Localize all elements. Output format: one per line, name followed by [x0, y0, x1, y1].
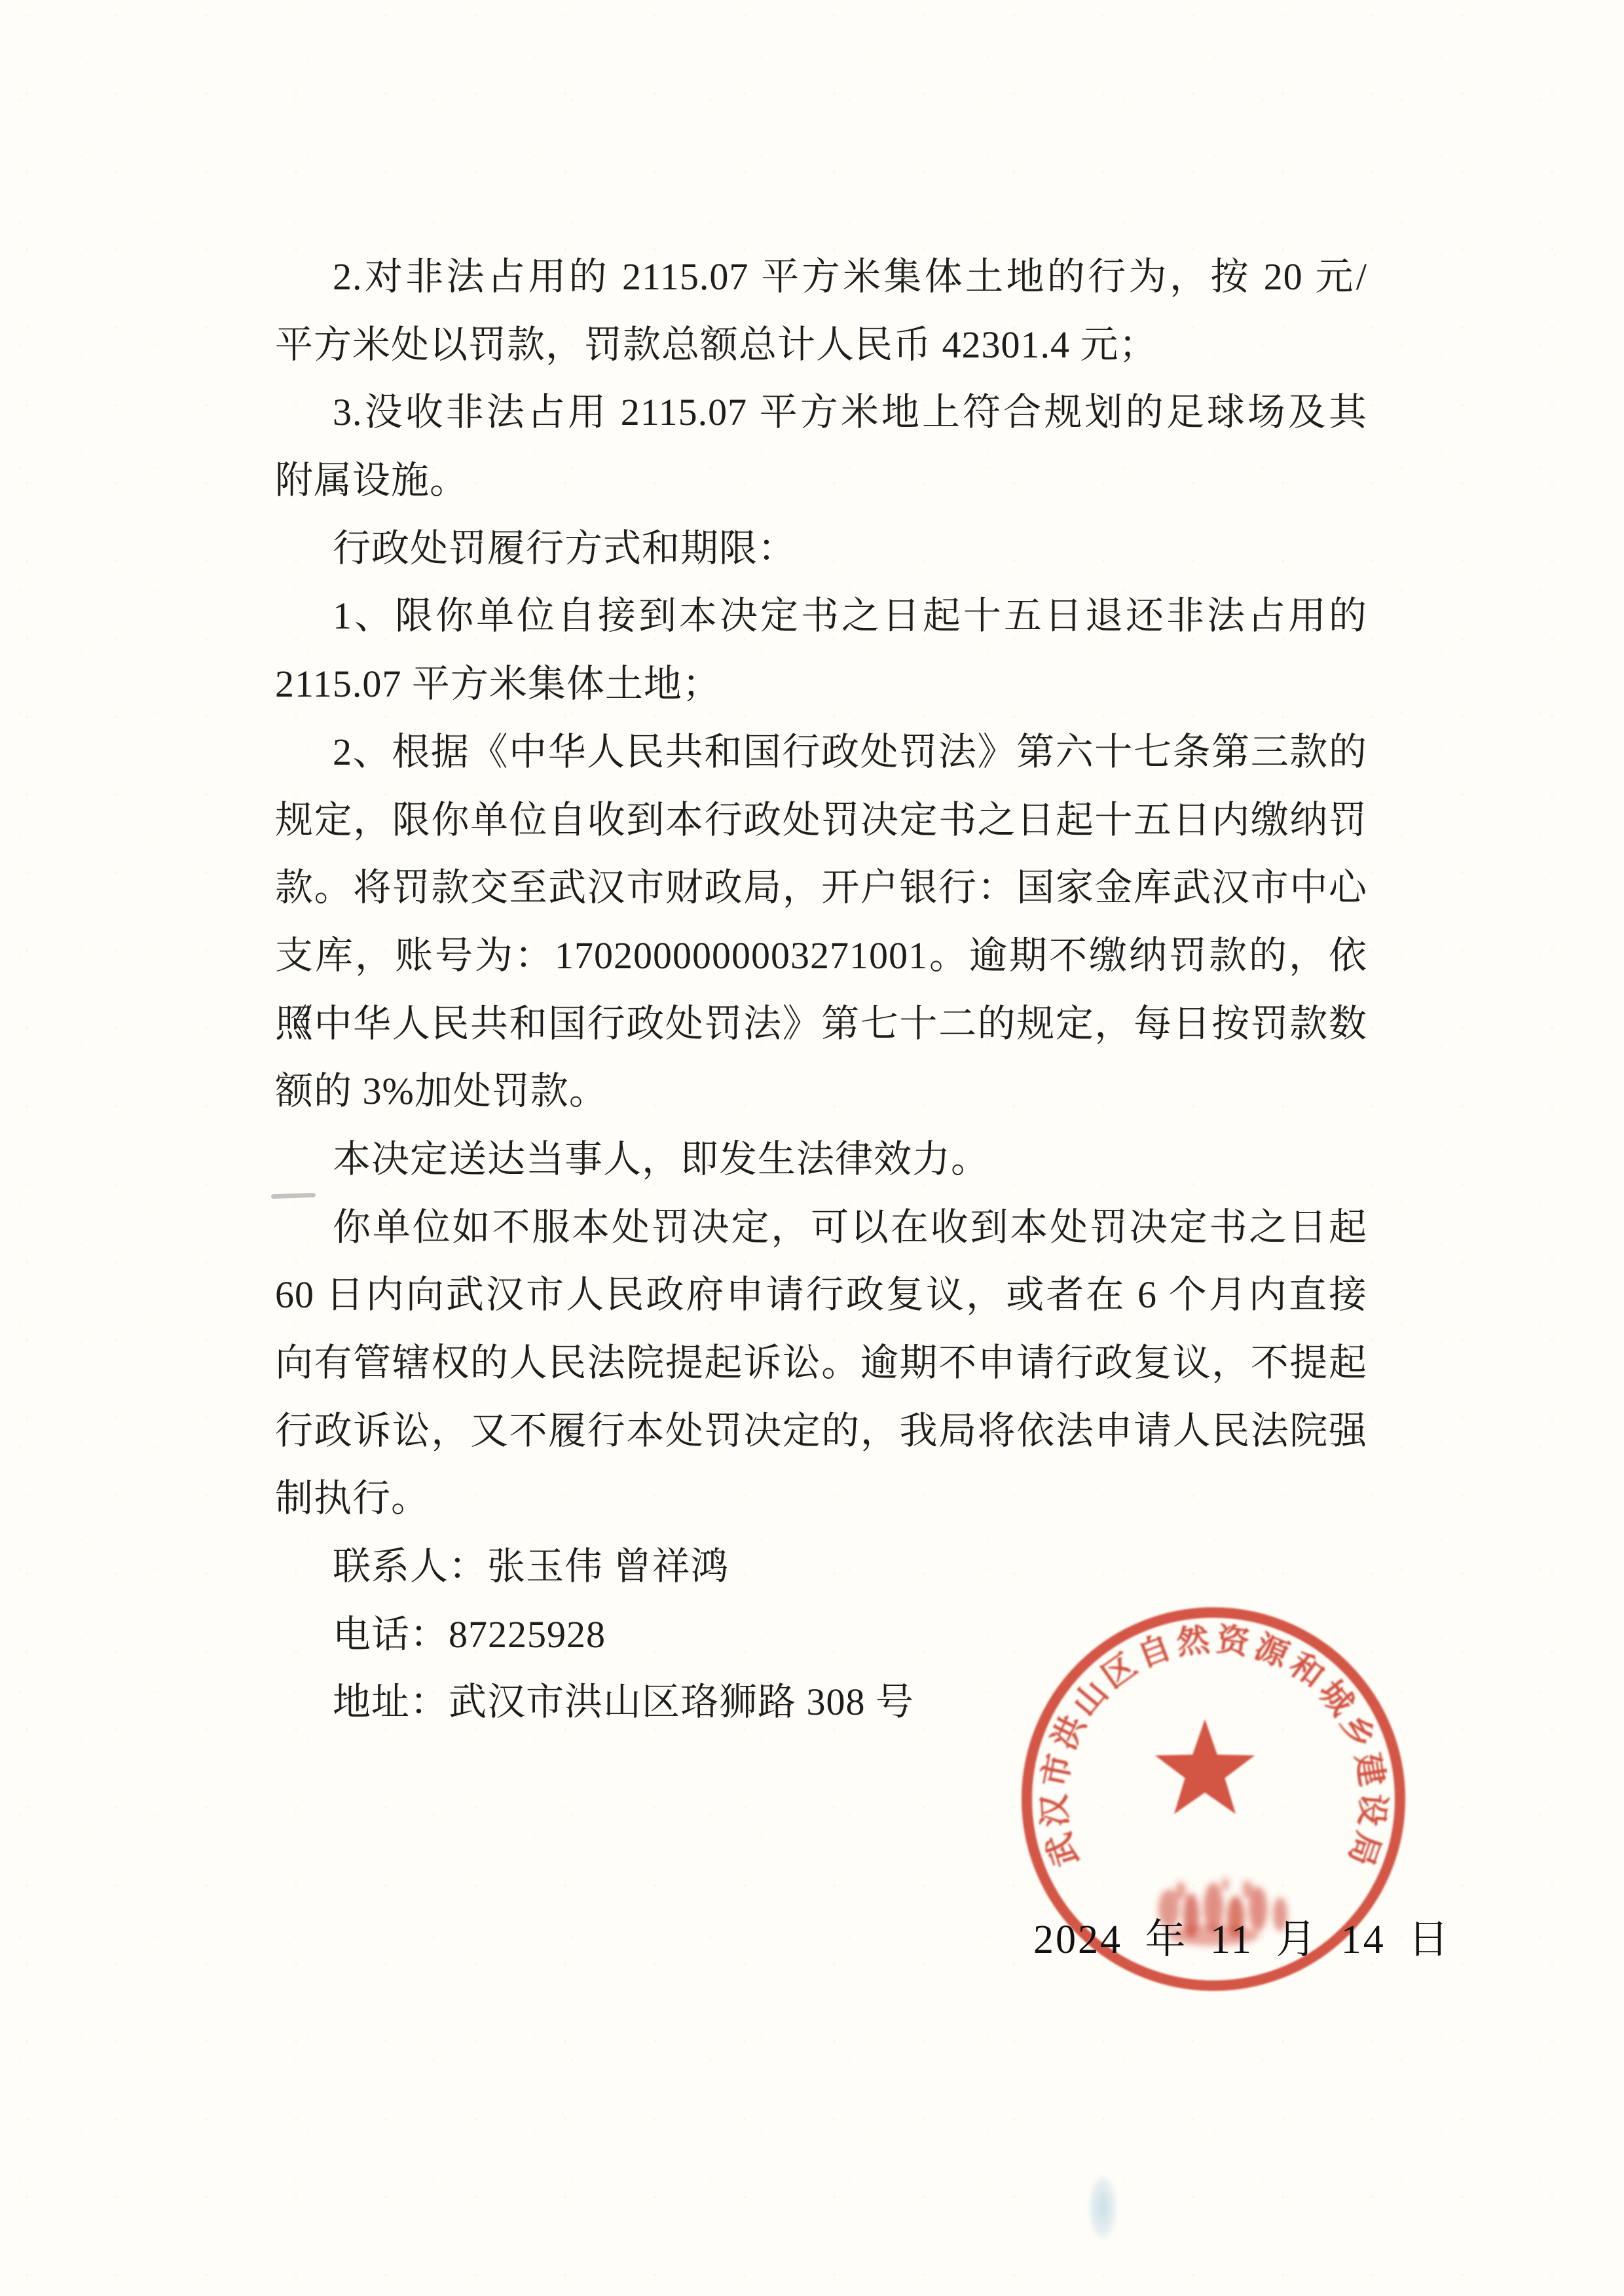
- text-line: 支库，账号为：1702000000003271001。逾期不缴纳罚款的，依照: [275, 922, 1367, 990]
- text-line: 额的 3%加处罚款。: [275, 1057, 1367, 1125]
- text-line: 60 日内向武汉市人民政府申请行政复议，或者在 6 个月内直接: [275, 1261, 1367, 1329]
- text-line: 向有管辖权的人民法院提起诉讼。逾期不申请行政复议，不提起: [275, 1329, 1367, 1397]
- text-line: 行政处罚履行方式和期限：: [275, 515, 1367, 583]
- text-line: 你单位如不服本处罚决定，可以在收到本处罚决定书之日起: [275, 1194, 1367, 1262]
- star-icon: [1155, 1719, 1255, 1814]
- text-line: 1、限你单位自接到本决定书之日起十五日退还非法占用的: [275, 582, 1367, 650]
- text-line: 平方米处以罚款，罚款总额总计人民币 42301.4 元；: [275, 311, 1367, 379]
- contact-person-line: 联系人：张玉伟 曾祥鸿: [275, 1533, 1367, 1601]
- body-text: 2.对非法占用的 2115.07 平方米集体土地的行为，按 20 元/ 平方米处…: [275, 243, 1367, 1736]
- text-line: 2115.07 平方米集体土地；: [275, 650, 1367, 718]
- text-line: 3.没收非法占用 2115.07 平方米地上符合规划的足球场及其: [275, 378, 1367, 446]
- text-line: 本决定送达当事人，即发生法律效力。: [275, 1125, 1367, 1194]
- text-line: 2、根据《中华人民共和国行政处罚法》第六十七条第三款的: [275, 718, 1367, 786]
- text-line: 制执行。: [275, 1465, 1367, 1533]
- document-page: 2.对非法占用的 2115.07 平方米集体土地的行为，按 20 元/ 平方米处…: [0, 0, 1624, 2296]
- text-line: 附属设施。: [275, 446, 1367, 515]
- scan-smudge-artifact: [1088, 2175, 1117, 2240]
- text-line: 行政诉讼，又不履行本处罚决定的，我局将依法申请人民法院强: [275, 1397, 1367, 1465]
- text-line: 规定，限你单位自收到本行政处罚决定书之日起十五日内缴纳罚: [275, 786, 1367, 854]
- issue-date: 2024 年 11 月 14 日: [1033, 1906, 1450, 1965]
- text-line: 款。将罚款交至武汉市财政局，开户银行：国家金库武汉市中心: [275, 854, 1367, 922]
- text-line: 《中华人民共和国行政处罚法》第七十二的规定，每日按罚款数: [275, 990, 1367, 1058]
- text-line: 2.对非法占用的 2115.07 平方米集体土地的行为，按 20 元/: [275, 243, 1367, 311]
